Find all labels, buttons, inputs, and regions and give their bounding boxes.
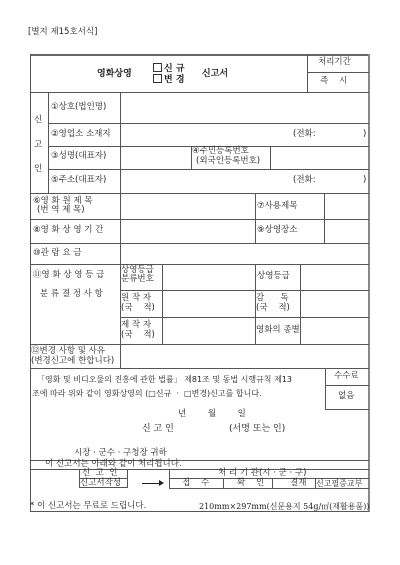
- phone-label: (전화:: [293, 130, 316, 140]
- divider: [223, 478, 224, 488]
- author-nationality-label: (국 적): [121, 304, 155, 314]
- rating-label-2: 분 류 결 정 사 항: [40, 290, 103, 300]
- declaration-line-2: 조에 따라 위와 같이 영화상영의 (□신규 · □변경)신고를 합니다.: [32, 389, 262, 398]
- title-left: 영화상영: [97, 69, 132, 79]
- change-reason-field[interactable]: [121, 345, 367, 367]
- process-step-issue: 신고필증교부: [316, 479, 362, 488]
- divider: [325, 368, 326, 410]
- fee-value: 없음: [338, 392, 354, 402]
- frame-top: [30, 54, 369, 56]
- processing-period-value: 즉 시: [320, 77, 347, 87]
- title-right: 신고서: [202, 69, 228, 79]
- process-step-write: 신고서작성: [80, 479, 121, 489]
- trade-name-field[interactable]: [121, 93, 367, 123]
- divider: [325, 409, 369, 410]
- address-label: ⑤주소(대표자): [51, 176, 106, 186]
- film-type-label: 영화의 종별: [256, 326, 300, 336]
- option-new[interactable]: 신 규: [153, 63, 185, 74]
- rating-number-label-2: 분류번호: [121, 275, 154, 285]
- used-title-field[interactable]: [325, 194, 367, 219]
- director-nationality-label: (국 적): [256, 304, 290, 314]
- divider: [30, 368, 369, 369]
- change-reason-label-2: (변경신고에 한합니다): [31, 357, 114, 367]
- fee-label: 수수료: [334, 372, 359, 382]
- checkbox-change[interactable]: [153, 74, 162, 83]
- business-address-field[interactable]: [121, 124, 367, 146]
- divider: [325, 385, 369, 386]
- date-line: 년 월 일: [178, 410, 246, 420]
- divider: [307, 72, 369, 73]
- section-label: 인: [34, 165, 42, 175]
- business-address-label: ②영업소 소재지: [51, 130, 111, 140]
- addressee: 시장 · 군수 · 구청장 귀하: [74, 449, 167, 459]
- author-field[interactable]: [163, 291, 254, 316]
- applicant-signature-label: 신 고 인: [142, 424, 174, 434]
- admission-fee-label: ⑩관 람 요 금: [33, 249, 82, 259]
- name-field[interactable]: [121, 147, 191, 169]
- original-title-label-2: (번 역 제 목): [37, 206, 85, 216]
- screening-place-label: ⑨상영장소: [257, 226, 297, 236]
- section-label: 신: [34, 116, 42, 126]
- producer-field[interactable]: [163, 318, 254, 343]
- screening-period-field[interactable]: [121, 220, 255, 243]
- rating-grade-label: 상영등급: [257, 272, 290, 282]
- process-step-receive: 접 수: [182, 479, 209, 489]
- phone-close: ): [363, 130, 366, 140]
- divider: [255, 193, 256, 243]
- resident-number-field[interactable]: [271, 147, 367, 169]
- screening-period-label: ⑧영 화 상 영 기 간: [33, 226, 103, 236]
- address-field[interactable]: [121, 170, 367, 193]
- screening-place-field[interactable]: [325, 220, 367, 243]
- resident-number-label-2: (외국인등록번호): [196, 157, 260, 167]
- used-title-label: ⑦사용제목: [257, 202, 297, 212]
- original-title-field[interactable]: [121, 194, 255, 219]
- director-field[interactable]: [301, 291, 367, 316]
- processing-period-label: 처리기간: [318, 58, 351, 68]
- form-number: [별지 제15호서식]: [28, 28, 97, 38]
- name-label: ③성명(대표자): [51, 152, 106, 162]
- process-step-approve: 결재: [290, 479, 306, 489]
- footer-note: * 이 신고서는 무료로 드립니다.: [30, 502, 146, 512]
- declaration-line-1: 「영화 및 비디오물의 진흥에 관한 법률」 제81조 및 동법 시행규칙 제1…: [37, 375, 292, 384]
- divider: [272, 478, 273, 488]
- frame-left: [30, 54, 31, 512]
- phone-close: ): [363, 176, 366, 186]
- rating-label: ⑪영 화 상 영 등 급: [33, 271, 104, 281]
- paper-spec: 210mm×297mm(신문용지 54g/㎡(재활용품)): [199, 502, 369, 511]
- phone-label: (전화:: [293, 176, 316, 186]
- section-label: 고: [34, 141, 42, 151]
- checkbox-new[interactable]: [153, 63, 162, 72]
- arrow-right-icon: [142, 483, 162, 484]
- film-type-field[interactable]: [301, 318, 367, 343]
- rating-number-field[interactable]: [163, 265, 254, 290]
- rating-grade-field[interactable]: [301, 265, 367, 290]
- process-step-verify: 확 인: [237, 479, 264, 489]
- option-change[interactable]: 변 경: [153, 74, 185, 85]
- signature-hint: (서명 또는 인): [229, 424, 285, 434]
- producer-nationality-label: (국 적): [121, 331, 155, 341]
- divider: [48, 92, 49, 194]
- admission-fee-field[interactable]: [121, 244, 367, 264]
- trade-name-label: ①상호(법인명): [51, 103, 106, 113]
- divider: [307, 54, 308, 92]
